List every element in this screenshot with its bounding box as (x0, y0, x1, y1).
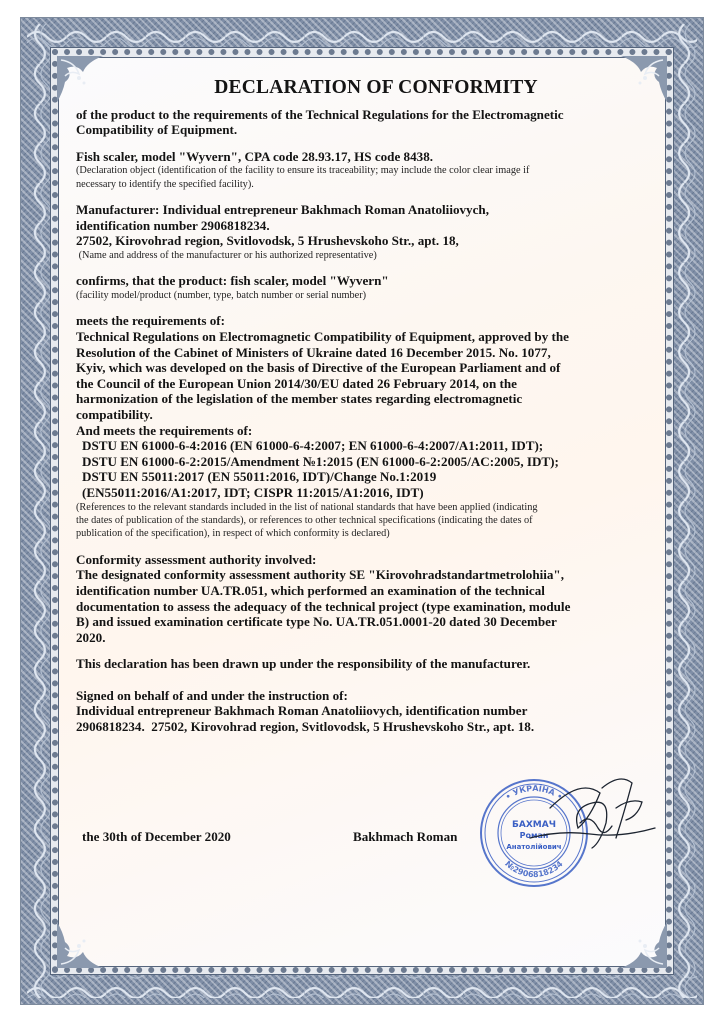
corner-ornament-icon (621, 922, 667, 968)
signature-date: the 30th of December 2020 (82, 829, 231, 845)
signed-section: Signed on behalf of and under the instru… (76, 688, 666, 735)
handwritten-signature-icon (520, 768, 660, 868)
intro: of the product to the requirements of th… (76, 107, 666, 138)
authority-section: Conformity assessment authority involved… (76, 552, 666, 646)
product-section: Fish scaler, model "Wyvern", CPA code 28… (76, 149, 666, 191)
standard-item: DSTU EN 61000-6-2:2015/Amendment №1:2015… (76, 454, 666, 470)
signatory-name: Bakhmach Roman (353, 829, 457, 845)
declaration-body: DECLARATION OF CONFORMITY of the product… (76, 80, 666, 735)
responsibility-statement: This declaration has been drawn up under… (76, 656, 666, 672)
standard-item: (EN55011:2016/A1:2017, IDT; CISPR 11:201… (76, 485, 666, 501)
manufacturer-section: Manufacturer: Individual entrepreneur Ba… (76, 202, 666, 262)
confirms-section: confirms, that the product: fish scaler,… (76, 273, 666, 302)
standard-item: DSTU EN 55011:2017 (EN 55011:2016, IDT)/… (76, 469, 666, 485)
standard-item: DSTU EN 61000-6-4:2016 (EN 61000-6-4:200… (76, 438, 666, 454)
document-title: DECLARATION OF CONFORMITY (76, 80, 666, 96)
product-line: Fish scaler, model "Wyvern", CPA code 28… (76, 149, 666, 165)
requirements-section: meets the requirements of: Technical Reg… (76, 313, 666, 540)
corner-ornament-icon (57, 922, 103, 968)
